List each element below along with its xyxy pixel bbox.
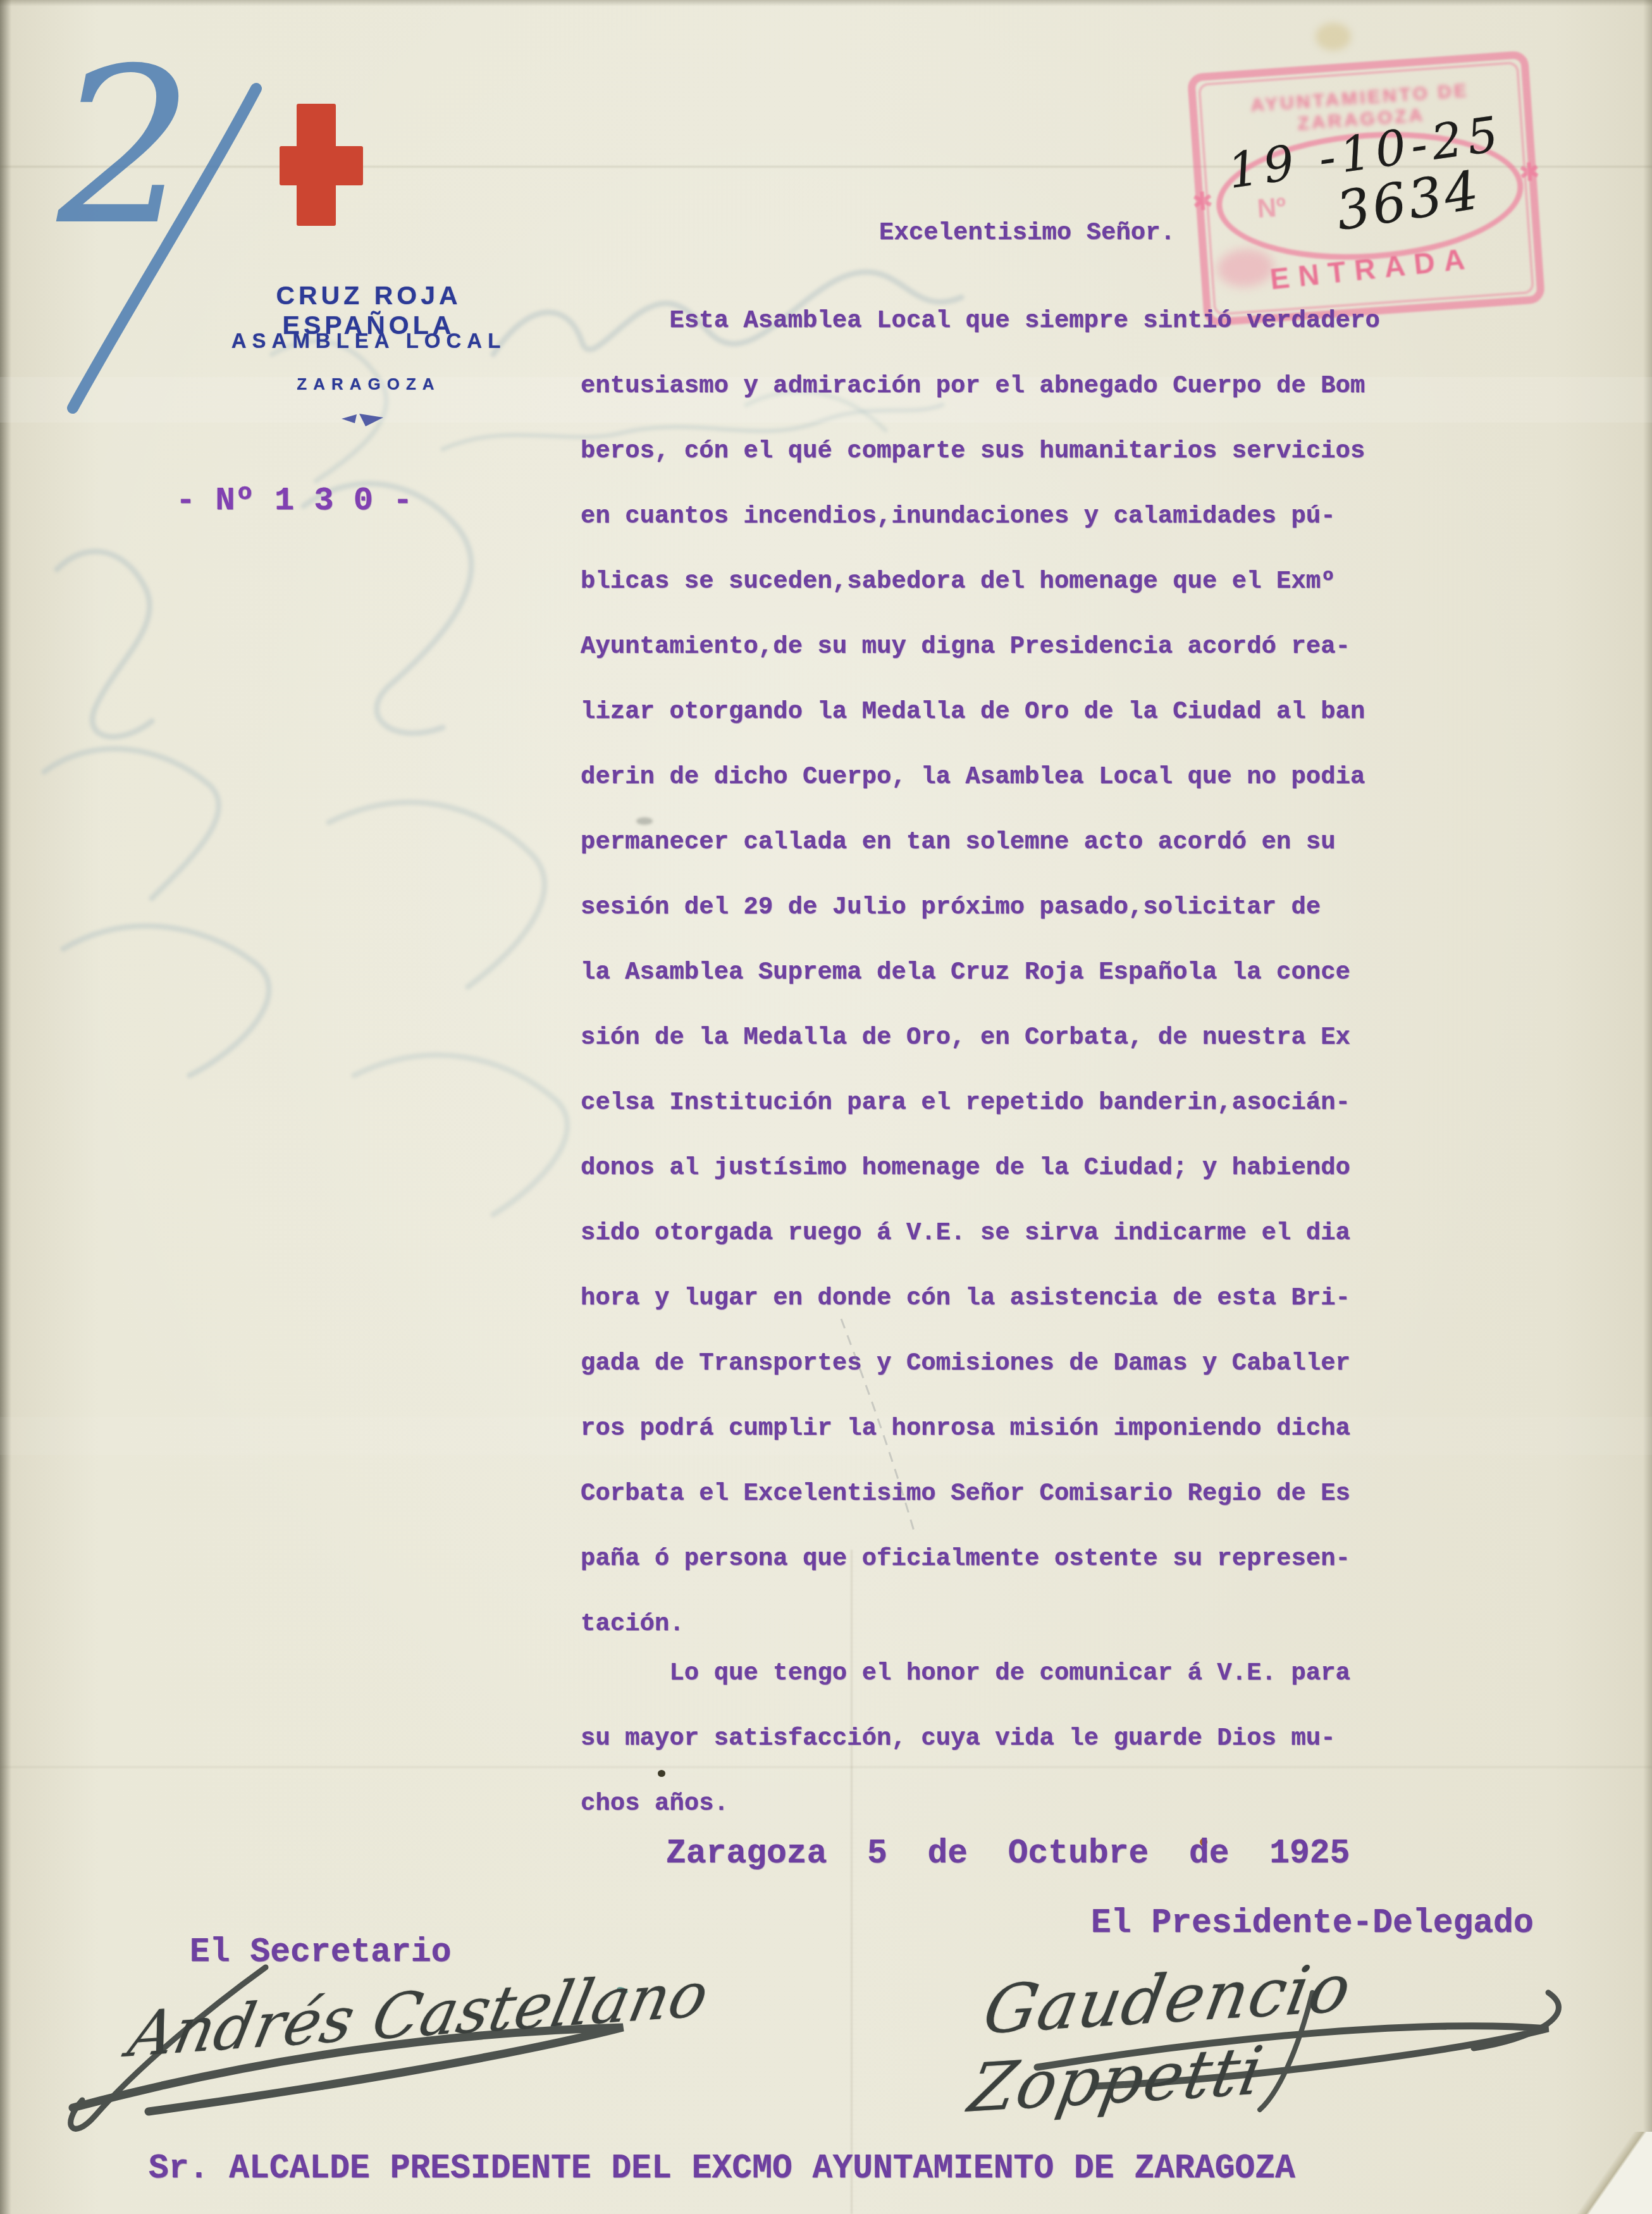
document-page: 2 CRUZ ROJA ESPAÑOLA ASAMBLEA LOCAL ZARA… xyxy=(0,0,1652,2214)
stamp-star-icon: ✱ xyxy=(1191,187,1214,217)
red-cross-horizontal-bar xyxy=(280,146,363,185)
page-number-pencil-mark: 2 xyxy=(13,13,316,468)
body-paragraph-2: Lo que tengo el honor de comunicar á V.E… xyxy=(581,1641,1350,1836)
body-paragraph-1: Esta Asamblea Local que siempre sintió v… xyxy=(581,288,1380,1657)
letterhead-assembly: ASAMBLEA LOCAL xyxy=(211,329,527,353)
folded-corner xyxy=(1544,2132,1652,2214)
footer-addressee: Sr. ALCALDE PRESIDENTE DEL EXCMO AYUNTAM… xyxy=(149,2149,1295,2187)
salutation: Excelentisimo Señor. xyxy=(879,219,1175,247)
dateline: Zaragoza 5 de Octubre de 1925 xyxy=(666,1834,1350,1872)
signature-title-secretary: El Secretario xyxy=(190,1933,451,1971)
letterhead-city: ZARAGOZA xyxy=(211,374,527,394)
scan-edge-top xyxy=(0,0,1652,6)
red-cross-icon xyxy=(280,104,363,226)
signature-title-president: El Presidente-Delegado xyxy=(1091,1904,1534,1942)
scan-edge-right xyxy=(1643,0,1652,2214)
scan-edge-left xyxy=(0,0,11,2214)
document-number: - Nº 1 3 0 - xyxy=(176,482,412,519)
signature-president-name: Gaudencio Zoppetti xyxy=(963,1930,1652,2127)
stamp-star-icon: ✱ xyxy=(1518,158,1541,188)
letterhead-ornament-icon xyxy=(340,412,385,431)
paper-stain xyxy=(1316,23,1351,51)
signature-secretary-name: Andrés Castellano xyxy=(123,1958,715,2071)
stamp-number-label: Nº xyxy=(1256,192,1287,224)
